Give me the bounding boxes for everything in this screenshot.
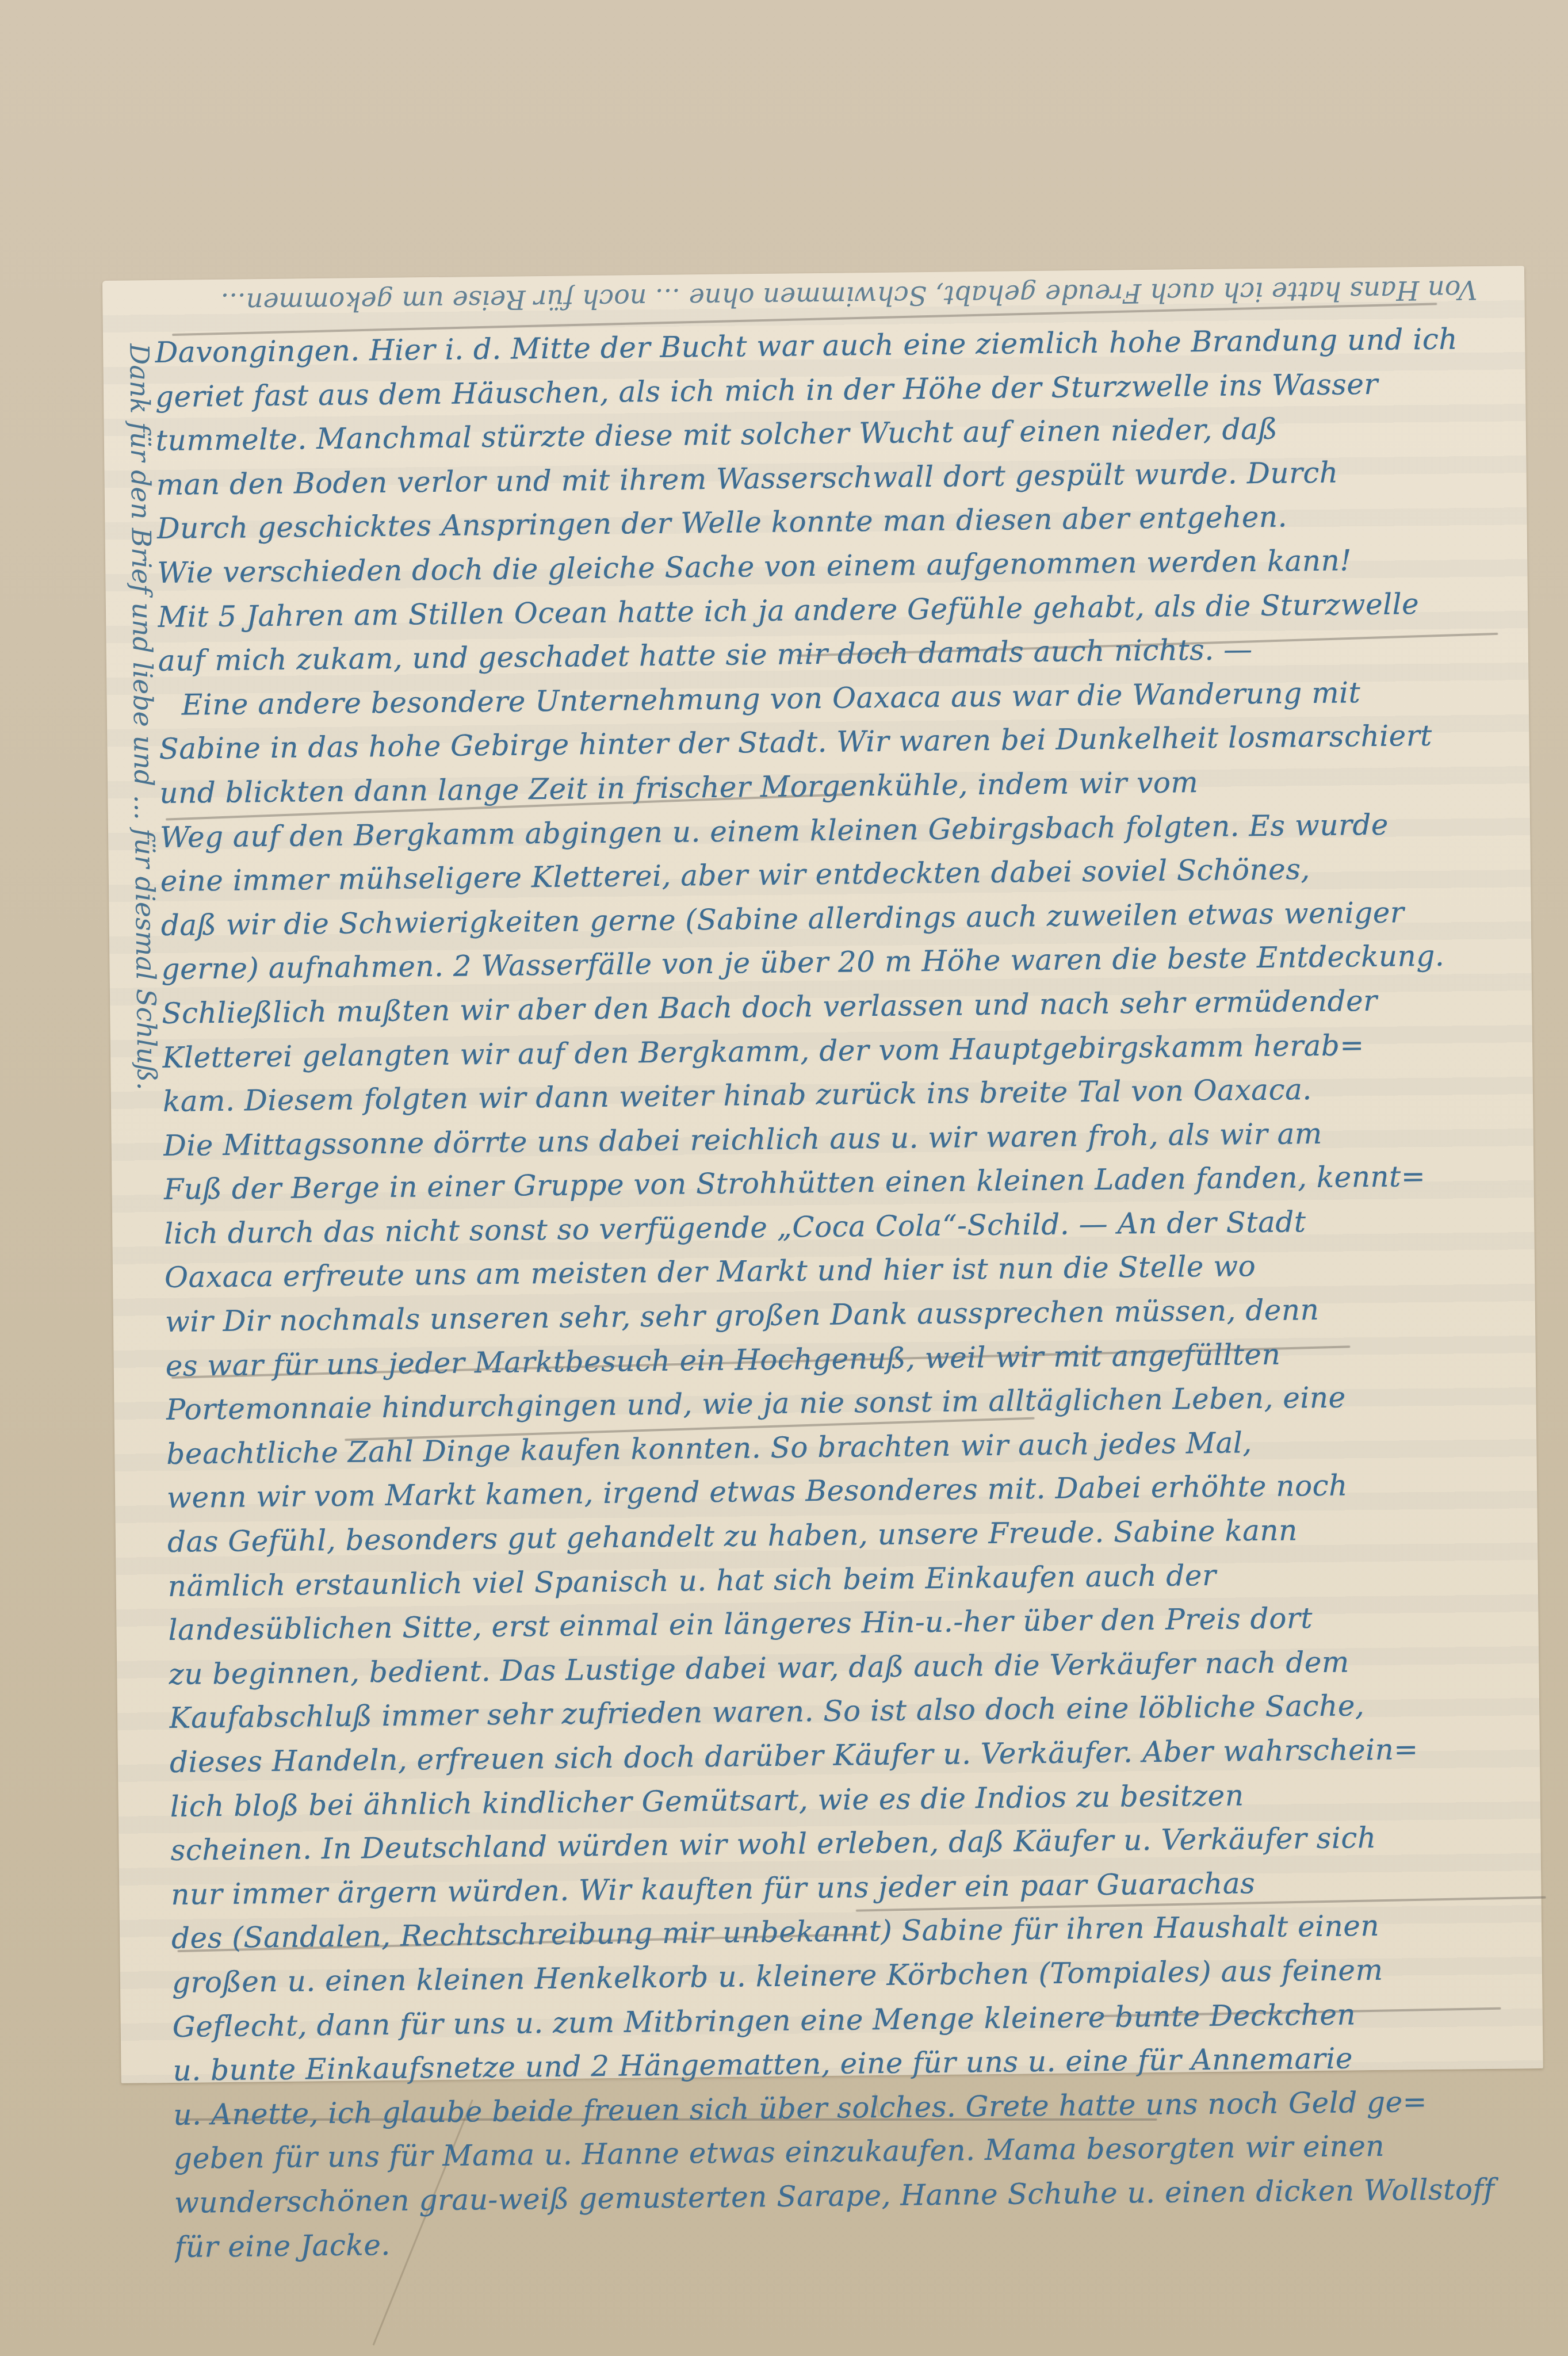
letter-page: Von Hans hatte ich auch Freude gehabt, S… bbox=[102, 266, 1543, 2083]
upside-down-note: Von Hans hatte ich auch Freude gehabt, S… bbox=[200, 274, 1477, 319]
letter-body: Davongingen. Hier i. d. Mitte der Bucht … bbox=[155, 317, 1509, 2269]
